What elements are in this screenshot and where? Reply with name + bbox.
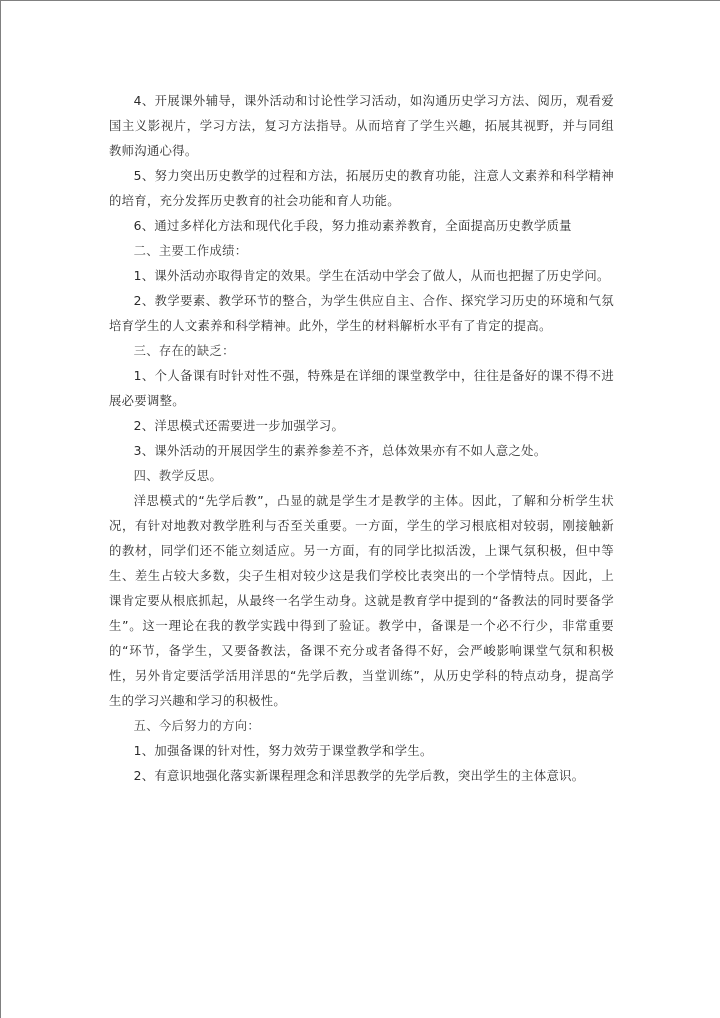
section-heading-future-direction: 五、今后努力的方向： bbox=[109, 714, 614, 739]
paragraph-achievement-2: 2、教学要素、教学环节的整合，为学生供应自主、合作、探究学习历史的环境和气氛培育… bbox=[109, 289, 614, 339]
section-heading-reflection: 四、教学反思。 bbox=[109, 464, 614, 489]
paragraph-item-6: 6、通过多样化方法和现代化手段，努力推动素养教育，全面提高历史教学质量 bbox=[109, 214, 614, 239]
paragraph-shortcoming-2: 2、洋思模式还需要进一步加强学习。 bbox=[109, 414, 614, 439]
paragraph-achievement-1: 1、课外活动亦取得肯定的效果。学生在活动中学会了做人，从而也把握了历史学问。 bbox=[109, 264, 614, 289]
paragraph-direction-1: 1、加强备课的针对性，努力效劳于课堂教学和学生。 bbox=[109, 739, 614, 764]
paragraph-shortcoming-3: 3、课外活动的开展因学生的素养参差不齐，总体效果亦有不如人意之处。 bbox=[109, 439, 614, 464]
section-heading-achievements: 二、主要工作成绩： bbox=[109, 239, 614, 264]
paragraph-item-5: 5、努力突出历史教学的过程和方法，拓展历史的教育功能，注意人文素养和科学精神的培… bbox=[109, 164, 614, 214]
paragraph-reflection: 洋思模式的“先学后教”，凸显的就是学生才是教学的主体。因此，了解和分析学生状况，… bbox=[109, 489, 614, 714]
paragraph-shortcoming-1: 1、个人备课有时针对性不强，特殊是在详细的课堂教学中，往往是备好的课不得不进展必… bbox=[109, 364, 614, 414]
section-heading-shortcomings: 三、存在的缺乏： bbox=[109, 339, 614, 364]
paragraph-direction-2: 2、有意识地强化落实新课程理念和洋思教学的先学后教，突出学生的主体意识。 bbox=[109, 764, 614, 789]
document-body: 4、开展课外辅导，课外活动和讨论性学习活动，如沟通历史学习方法、阅历，观看爱国主… bbox=[109, 89, 614, 789]
document-page: 4、开展课外辅导，课外活动和讨论性学习活动，如沟通历史学习方法、阅历，观看爱国主… bbox=[0, 0, 720, 1018]
paragraph-item-4: 4、开展课外辅导，课外活动和讨论性学习活动，如沟通历史学习方法、阅历，观看爱国主… bbox=[109, 89, 614, 164]
